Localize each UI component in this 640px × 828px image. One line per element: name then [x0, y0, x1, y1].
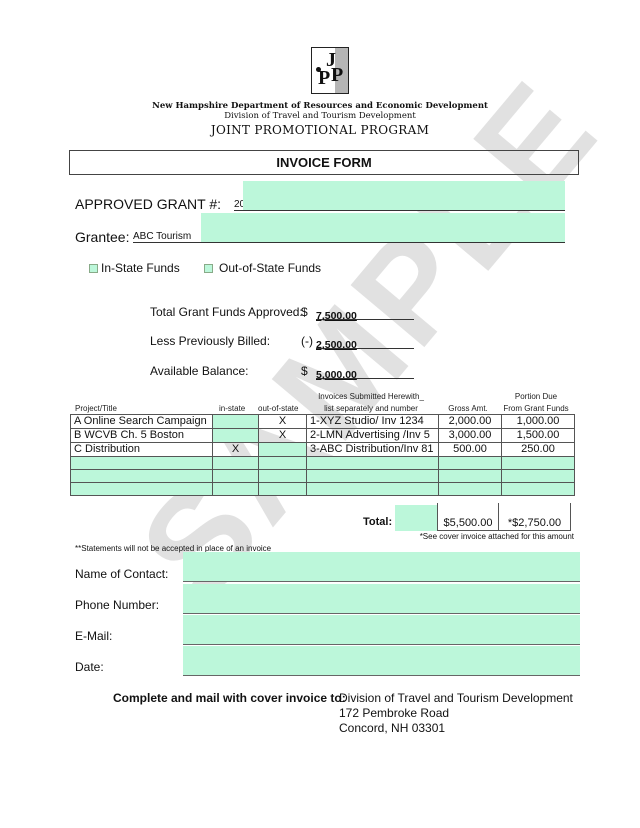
mailing-address-line2: 172 Pembroke Road [339, 706, 449, 720]
grantee-value: ABC Tourism [133, 231, 191, 242]
gross-cell[interactable] [439, 483, 502, 496]
header-gross: Gross Amt. [438, 404, 498, 413]
total-gross-cell: $5,500.00 [437, 503, 499, 531]
invoice-items-table: A Online Search CampaignX1-XYZ Studio/ I… [70, 414, 575, 496]
program-title: JOINT PROMOTIONAL PROGRAM [0, 123, 640, 137]
out-of-state-cell[interactable] [259, 443, 307, 457]
project-cell: C Distribution [71, 443, 213, 457]
in-state-cell[interactable] [213, 457, 259, 470]
email-label: E-Mail: [75, 629, 112, 643]
department-name: New Hampshire Department of Resources an… [0, 101, 640, 111]
mailing-address-line3: Concord, NH 03301 [339, 721, 445, 735]
out-of-state-cell[interactable] [259, 470, 307, 483]
portion-cell[interactable] [502, 470, 575, 483]
jpp-logo: J P P [311, 47, 349, 94]
available-balance-label: Available Balance: [150, 364, 249, 378]
currency-symbol: $ [301, 364, 308, 378]
project-cell[interactable] [71, 470, 213, 483]
available-balance-value: 5,000.00 [316, 369, 357, 381]
table-row: B WCVB Ch. 5 BostonX2-LMN Advertising /I… [71, 429, 575, 443]
gross-cell[interactable] [439, 457, 502, 470]
previously-billed-value: 2,500.00 [316, 339, 357, 351]
phone-number-field[interactable] [183, 584, 580, 614]
minus-symbol: (-) [301, 334, 313, 348]
mailing-instruction: Complete and mail with cover invoice to: [113, 691, 346, 705]
table-row: A Online Search CampaignX1-XYZ Studio/ I… [71, 415, 575, 429]
out-of-state-funds-label: Out-of-State Funds [219, 261, 321, 275]
table-row [71, 457, 575, 470]
form-title: INVOICE FORM [69, 150, 579, 175]
portion-cell[interactable] [502, 457, 575, 470]
project-cell: A Online Search Campaign [71, 415, 213, 429]
gross-cell: 500.00 [439, 443, 502, 457]
in-state-funds-checkbox[interactable] [89, 264, 98, 273]
grantee-label: Grantee: [75, 229, 129, 245]
total-label: Total: [363, 516, 392, 528]
in-state-cell[interactable] [213, 483, 259, 496]
table-row: C DistributionX3-ABC Distribution/Inv 81… [71, 443, 575, 457]
header-in-state: in-state [219, 404, 245, 413]
out-of-state-cell: X [259, 429, 307, 443]
header-invoices-line1: Invoices Submitted Herewith_ [306, 392, 436, 401]
mailing-address-line1: Division of Travel and Tourism Developme… [339, 691, 573, 705]
invoice-cell[interactable] [307, 457, 439, 470]
project-cell[interactable] [71, 457, 213, 470]
available-balance-field[interactable]: 5,000.00 [316, 365, 414, 379]
in-state-cell[interactable] [213, 470, 259, 483]
invoice-cell: 1-XYZ Studio/ Inv 1234 [307, 415, 439, 429]
in-state-cell[interactable] [213, 429, 259, 443]
project-cell: B WCVB Ch. 5 Boston [71, 429, 213, 443]
project-cell[interactable] [71, 483, 213, 496]
gross-cell: 3,000.00 [439, 429, 502, 443]
phone-number-label: Phone Number: [75, 598, 159, 612]
total-portion-value: *$2,750.00 [508, 517, 561, 529]
total-gross-value: $5,500.00 [444, 517, 493, 529]
gross-cell: 2,000.00 [439, 415, 502, 429]
table-row [71, 483, 575, 496]
grantee-field[interactable]: ABC Tourism [133, 229, 565, 243]
out-of-state-cell: X [259, 415, 307, 429]
header-project: Project/Title [75, 404, 117, 413]
in-state-cell: X [213, 443, 259, 457]
total-approved-field[interactable]: 7,500.00 [316, 306, 414, 320]
total-portion-cell: *$2,750.00 [499, 503, 571, 531]
total-approved-value: 7,500.00 [316, 310, 357, 322]
in-state-cell[interactable] [213, 415, 259, 429]
division-name: Division of Travel and Tourism Developme… [0, 111, 640, 121]
out-of-state-cell[interactable] [259, 483, 307, 496]
total-approved-label: Total Grant Funds Approved: [150, 305, 303, 319]
portion-cell[interactable] [502, 483, 575, 496]
in-state-funds-label: In-State Funds [101, 261, 180, 275]
header-portion-line1: Portion Due [500, 392, 572, 401]
header-portion-line2: From Grant Funds [500, 404, 572, 413]
approved-grant-field[interactable]: 2018-01 [234, 197, 565, 211]
out-of-state-funds-checkbox[interactable] [204, 264, 213, 273]
approved-grant-label: APPROVED GRANT #: [75, 196, 221, 212]
invoice-cell: 3-ABC Distribution/Inv 81 [307, 443, 439, 457]
contact-name-field[interactable] [183, 552, 580, 582]
date-label: Date: [75, 660, 104, 674]
portion-cell: 250.00 [502, 443, 575, 457]
invoice-cell: 2-LMN Advertising /Inv 5 [307, 429, 439, 443]
portion-cell: 1,500.00 [502, 429, 575, 443]
total-in-state-field[interactable] [395, 505, 437, 531]
cover-invoice-note: *See cover invoice attached for this amo… [360, 532, 574, 541]
gross-cell[interactable] [439, 470, 502, 483]
invoice-cell[interactable] [307, 483, 439, 496]
previously-billed-field[interactable]: 2,500.00 [316, 335, 414, 349]
out-of-state-cell[interactable] [259, 457, 307, 470]
currency-symbol: $ [301, 305, 308, 319]
header-invoices-line2: list separately and number [306, 404, 436, 413]
portion-cell: 1,000.00 [502, 415, 575, 429]
invoice-cell[interactable] [307, 470, 439, 483]
previously-billed-label: Less Previously Billed: [150, 334, 270, 348]
contact-name-label: Name of Contact: [75, 567, 168, 581]
header-out-of-state: out-of-state [258, 404, 298, 413]
email-field[interactable] [183, 615, 580, 645]
table-row [71, 470, 575, 483]
date-field[interactable] [183, 646, 580, 676]
